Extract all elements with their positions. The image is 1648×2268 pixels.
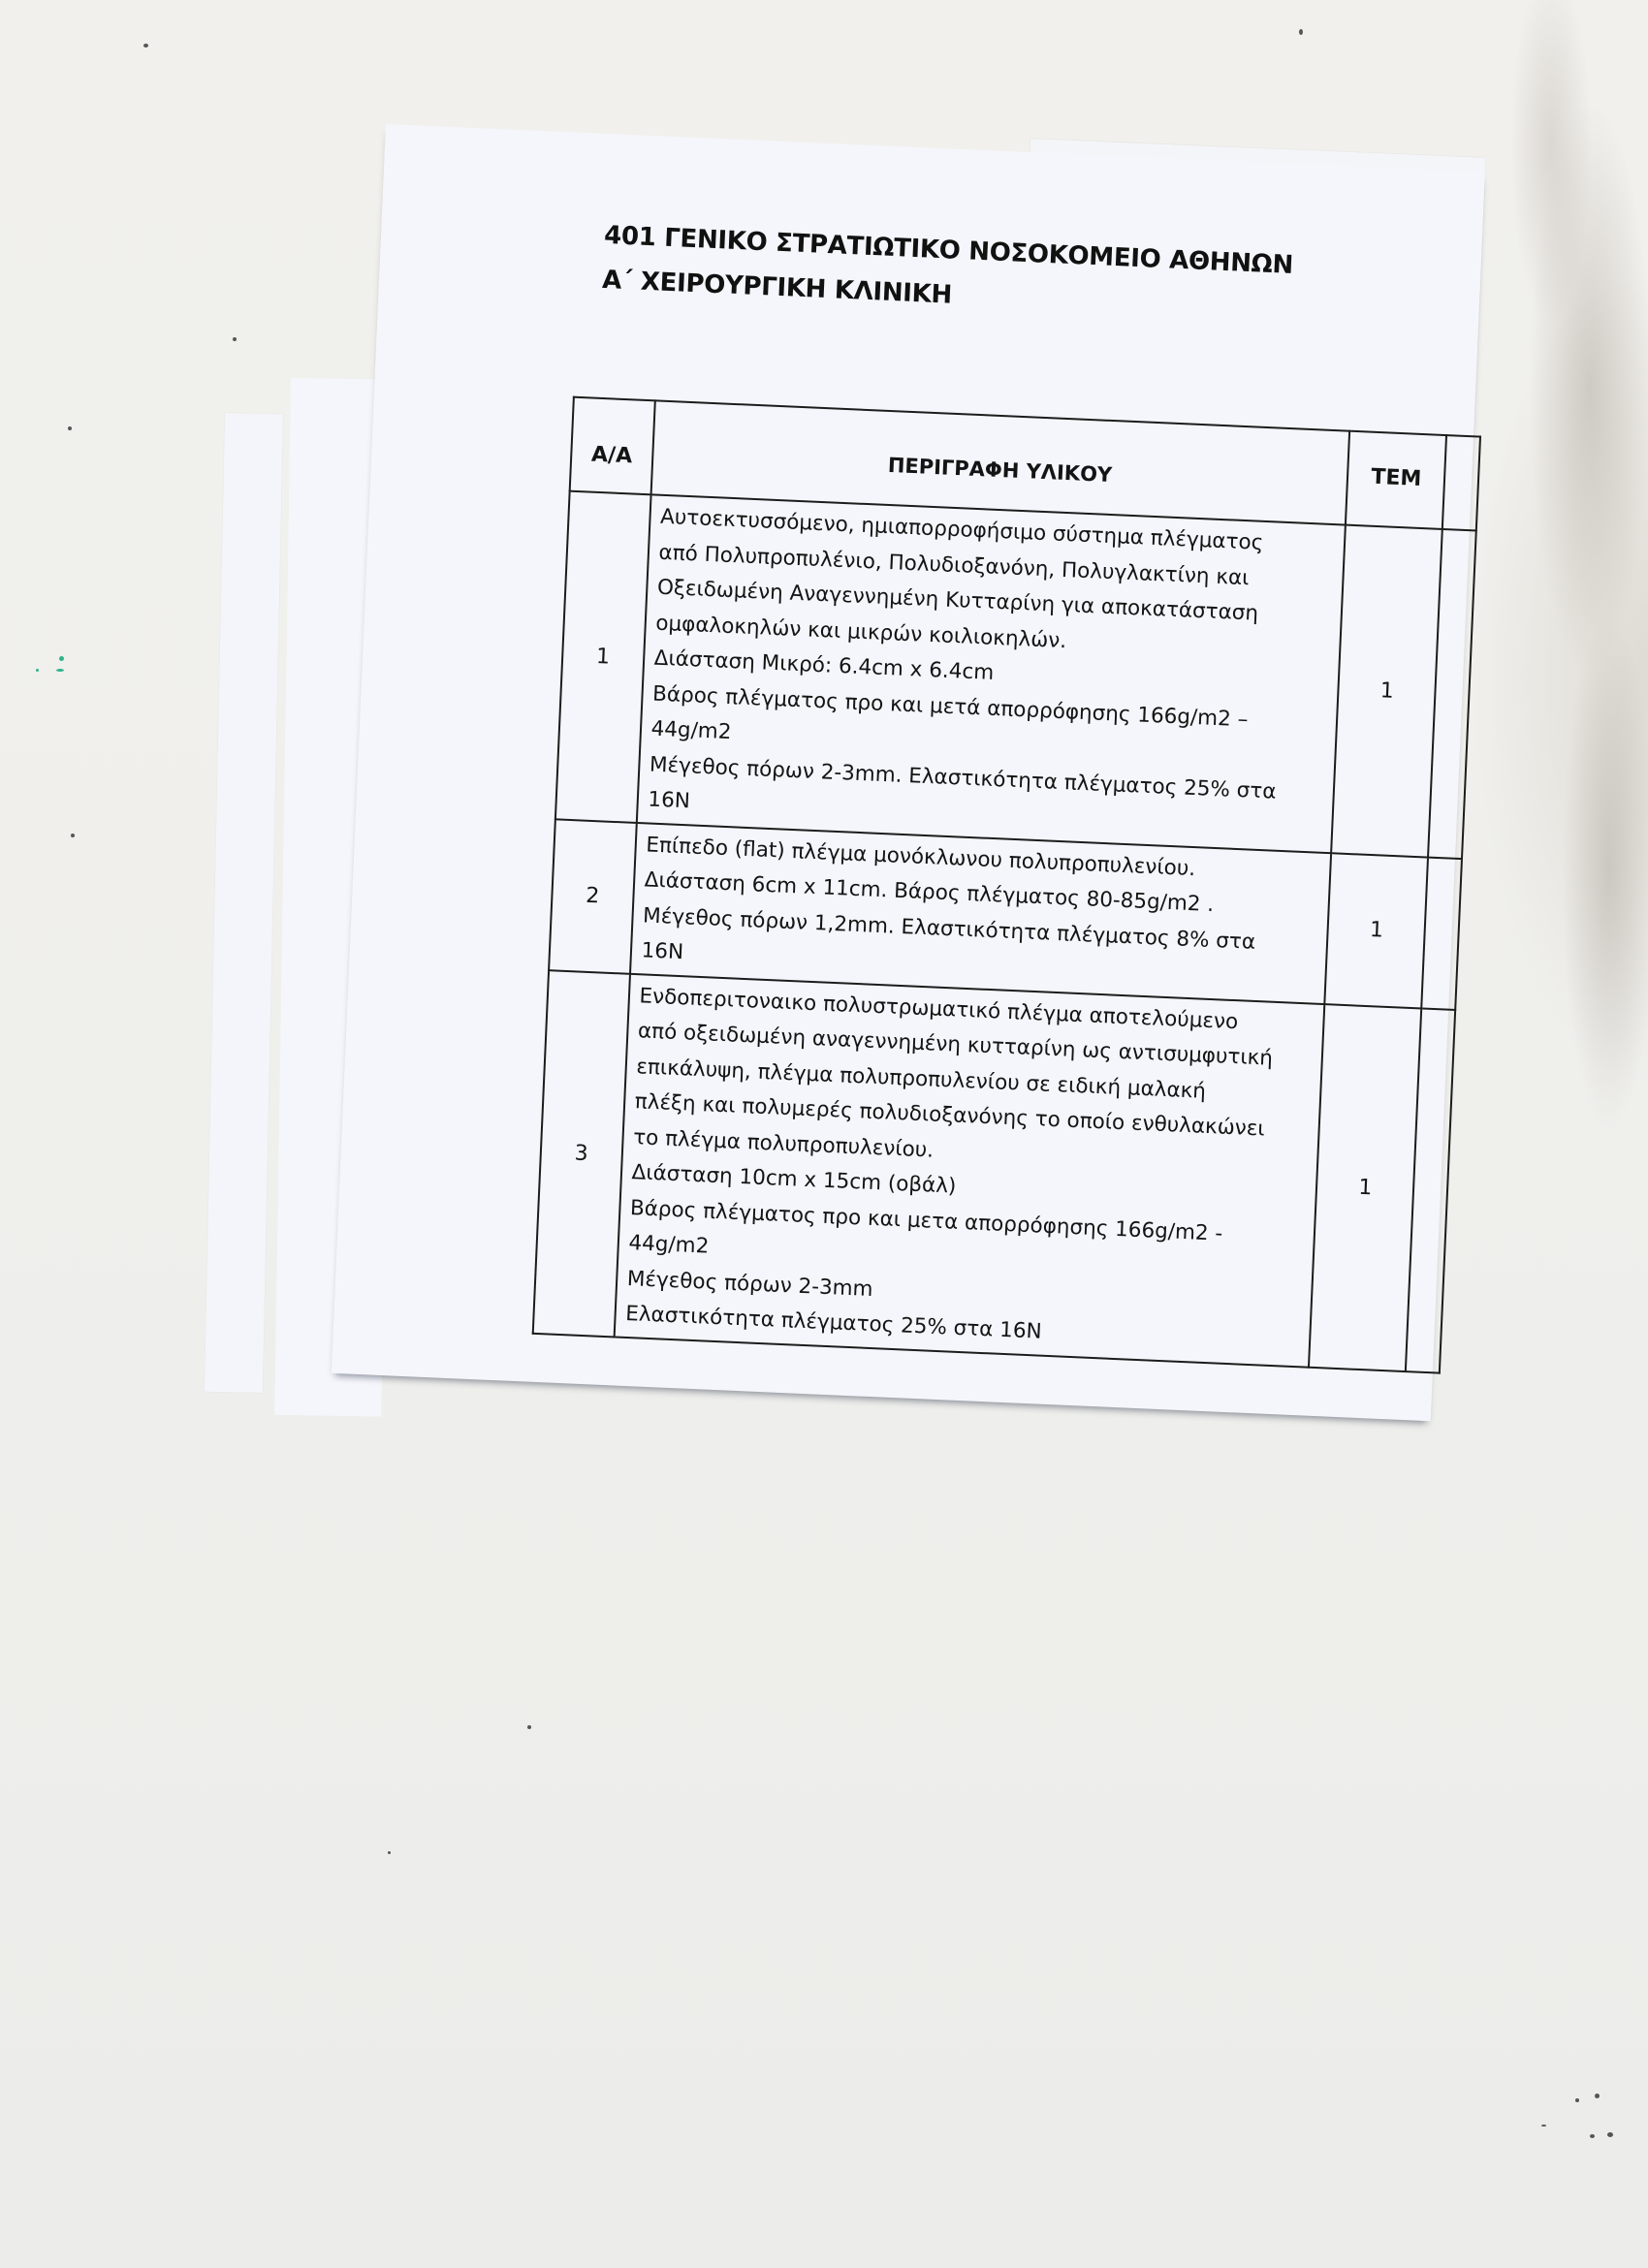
dust-speck [1299, 29, 1303, 35]
dust-speck [68, 426, 72, 430]
row-extra-cell [1422, 857, 1462, 1009]
dust-speck [71, 834, 75, 837]
dust-speck [1607, 2132, 1613, 2137]
row-number: 1 [555, 491, 650, 823]
document-header: 401 ΓΕΝΙΚΟ ΣΤΡΑΤΙΩΤΙΚΟ ΝΟΣΟΚΟΜΕΙΟ ΑΘΗΝΩΝ… [601, 213, 1294, 332]
dust-speck [1541, 2125, 1546, 2126]
row-quantity: 1 [1332, 525, 1443, 858]
column-header-aa: Α/Α [570, 397, 655, 495]
green-ink-mark [59, 656, 64, 661]
dust-speck [1590, 2134, 1595, 2138]
green-ink-mark [56, 669, 64, 672]
row-description: Επίπεδο (flat) πλέγμα μονόκλωνου πολυπρο… [630, 822, 1332, 1003]
row-description: Ενδοπεριτοναικο πολυστρωματικό πλέγμα απ… [614, 973, 1324, 1367]
row-description: Αυτοεκτυσσόμενο, ημιαπορροφήσιμο σύστημα… [636, 494, 1346, 852]
green-ink-mark [36, 669, 39, 672]
row-number: 2 [549, 819, 636, 973]
dust-speck [527, 1725, 531, 1729]
dust-speck [143, 44, 148, 47]
materials-table: Α/Α ΠΕΡΙΓΡΑΦΗ ΥΛΙΚΟΥ ΤΕΜ 1Αυτοεκτυσσόμεν… [532, 396, 1481, 1373]
row-quantity: 1 [1309, 1004, 1421, 1371]
row-number: 3 [533, 970, 630, 1337]
table-row: 1Αυτοεκτυσσόμενο, ημιαπορροφήσιμο σύστημ… [555, 491, 1476, 859]
dust-speck [1575, 2098, 1579, 2102]
row-quantity: 1 [1325, 853, 1429, 1008]
embossed-marking: ​ [619, 159, 622, 215]
table-row: 3Ενδοπεριτοναικο πολυστρωματικό πλέγμα α… [533, 970, 1455, 1372]
dust-speck [233, 337, 237, 341]
column-header-tem: ΤΕΜ [1346, 431, 1446, 529]
column-header-extra [1442, 435, 1480, 530]
dust-speck [1595, 2094, 1600, 2098]
dust-speck [388, 1851, 391, 1854]
document-page: ​ 401 ΓΕΝΙΚΟ ΣΤΡΑΤΙΩΤΙΚΟ ΝΟΣΟΚΟΜΕΙΟ ΑΘΗΝ… [332, 124, 1485, 1421]
